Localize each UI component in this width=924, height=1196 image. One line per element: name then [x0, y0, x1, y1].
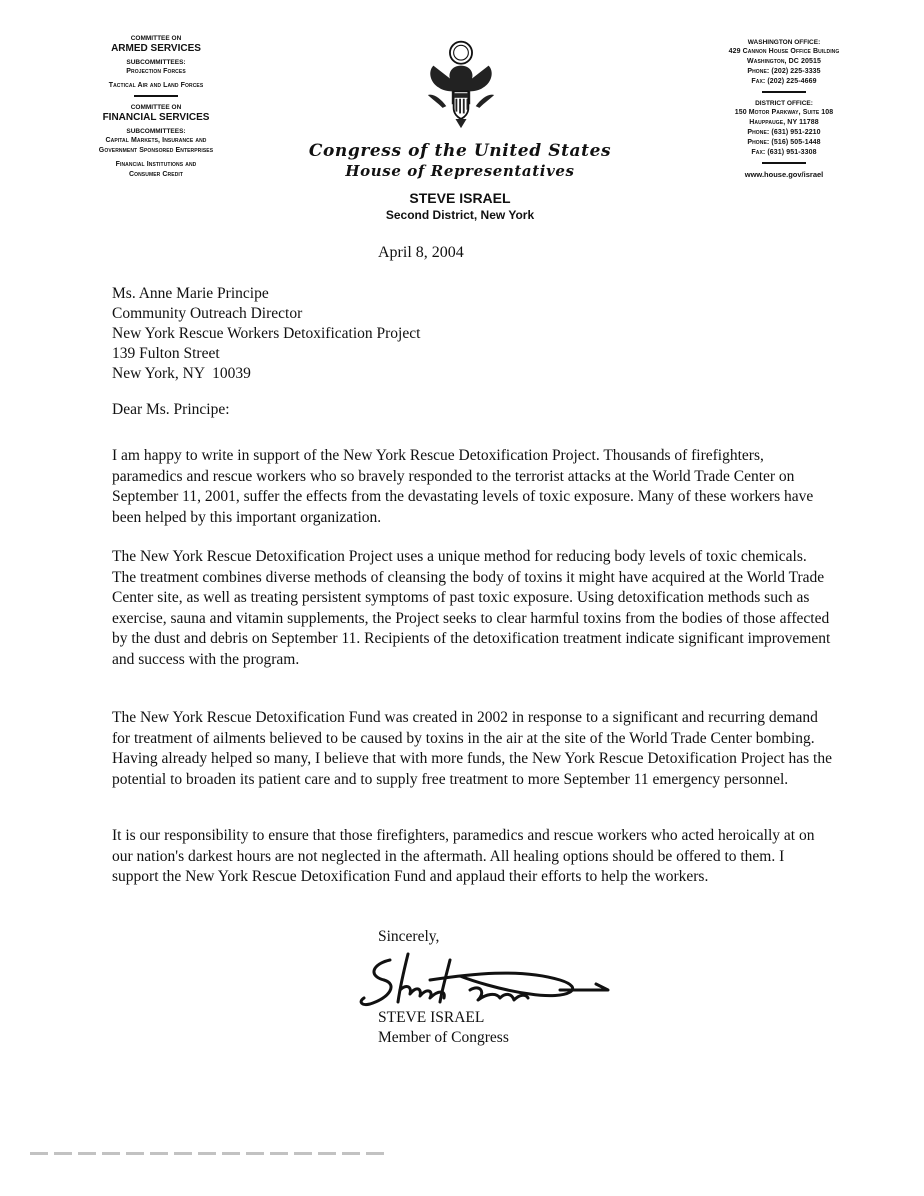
- recipient-line: Ms. Anne Marie Principe: [112, 284, 832, 304]
- divider: [134, 95, 178, 97]
- handwritten-signature-icon: [350, 950, 620, 1012]
- district-office-label: DISTRICT OFFICE:: [694, 99, 874, 108]
- office-line: Phone: (631) 951-2210: [694, 128, 874, 138]
- office-line: 429 Cannon House Office Building: [694, 47, 874, 57]
- office-line: Hauppauge, NY 11788: [694, 118, 874, 128]
- office-line: Fax: (631) 951-3308: [694, 148, 874, 158]
- great-seal-eagle-icon: [415, 38, 507, 130]
- fax-header-strip: [30, 1152, 390, 1155]
- letter-date: April 8, 2004: [378, 244, 464, 262]
- office-line: Washington, DC 20515: [694, 57, 874, 67]
- recipient-line: New York Rescue Workers Detoxification P…: [112, 324, 832, 344]
- subcommittee: Projection Forces: [56, 67, 256, 77]
- website-link[interactable]: www.house.gov/israel: [694, 170, 874, 179]
- recipient-line: 139 Fulton Street: [112, 344, 832, 364]
- body-paragraph: I am happy to write in support of the Ne…: [112, 446, 832, 528]
- office-line: 150 Motor Parkway, Suite 108: [694, 108, 874, 118]
- subcommittee: Capital Markets, Insurance and: [56, 136, 256, 146]
- letterhead-offices: WASHINGTON OFFICE: 429 Cannon House Offi…: [694, 38, 874, 179]
- subcommittee: Financial Institutions and: [56, 160, 256, 170]
- recipient-address: Ms. Anne Marie Principe Community Outrea…: [112, 284, 832, 384]
- closing: Sincerely,: [378, 928, 439, 946]
- signature-block: STEVE ISRAEL Member of Congress: [378, 1008, 509, 1048]
- subcommittees-label: SUBCOMMITTEES:: [56, 127, 256, 136]
- house-title: House of Representatives: [300, 162, 620, 180]
- letterhead-committees: COMMITTEE ON ARMED SERVICES SUBCOMMITTEE…: [56, 34, 256, 180]
- subcommittee: Tactical Air and Land Forces: [56, 81, 256, 91]
- subcommittee: Government Sponsored Enterprises: [56, 146, 256, 156]
- committee-label: COMMITTEE ON: [56, 103, 256, 112]
- office-line: Fax: (202) 225-4669: [694, 77, 874, 87]
- member-name: STEVE ISRAEL: [300, 190, 620, 206]
- subcommittees-label: SUBCOMMITTEES:: [56, 58, 256, 67]
- body-paragraph: It is our responsibility to ensure that …: [112, 826, 832, 888]
- committee-name: ARMED SERVICES: [56, 43, 256, 55]
- recipient-line: Community Outreach Director: [112, 304, 832, 324]
- congress-title: Congress of the United States: [300, 140, 620, 162]
- office-line: Phone: (202) 225-3335: [694, 67, 874, 77]
- signer-title: Member of Congress: [378, 1028, 509, 1048]
- recipient-line: New York, NY 10039: [112, 364, 832, 384]
- divider: [762, 162, 806, 164]
- signer-name: STEVE ISRAEL: [378, 1008, 509, 1028]
- district-name: Second District, New York: [300, 208, 620, 222]
- letterhead-center: Congress of the United States House of R…: [300, 140, 620, 222]
- subcommittee: Consumer Credit: [56, 170, 256, 180]
- body-paragraph: The New York Rescue Detoxification Proje…: [112, 547, 832, 670]
- office-line: Phone: (516) 505-1448: [694, 138, 874, 148]
- washington-office-label: WASHINGTON OFFICE:: [694, 38, 874, 47]
- committee-name: FINANCIAL SERVICES: [56, 112, 256, 124]
- body-paragraph: The New York Rescue Detoxification Fund …: [112, 708, 832, 790]
- committee-label: COMMITTEE ON: [56, 34, 256, 43]
- divider: [762, 91, 806, 93]
- salutation: Dear Ms. Principe:: [112, 400, 832, 421]
